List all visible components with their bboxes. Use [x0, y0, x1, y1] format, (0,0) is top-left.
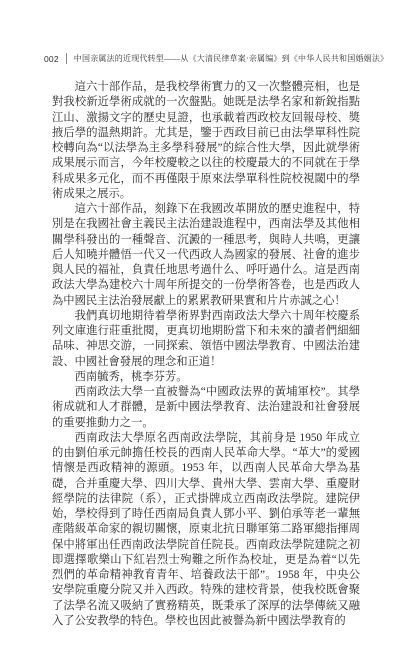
book-page: 002 中国亲属法的近现代转型——从《大清民律草案·亲属编》到《中华人民共和国婚…	[0, 0, 412, 672]
running-header: 002 中国亲属法的近现代转型——从《大清民律草案·亲属编》到《中华人民共和国婚…	[44, 53, 368, 64]
header-divider	[66, 53, 67, 64]
page-number: 002	[44, 54, 59, 64]
paragraph: 這六十部作品，是我校學術實力的又一次整體亮相，也是對我校新近學術成就的一次盤點。…	[52, 80, 360, 202]
paragraph: 西南政法大學一直被譽為“中國政法界的黃埔軍校”。其學術成就和人才群體，是新中國法…	[52, 385, 360, 431]
paragraph: 西南政法大學原名西南政法學院，其前身是 1950 年成立的由劉伯承元帥擔任校長的…	[52, 431, 360, 629]
paragraph: 西南毓秀，桃李芬芳。	[52, 370, 360, 385]
paragraph: 我們真切地期待着學術界對西南政法大學六十周年校慶系列文庫進行莊重批閱，更真切地期…	[52, 309, 360, 370]
body-text: 這六十部作品，是我校學術實力的又一次整體亮相，也是對我校新近學術成就的一次盤點。…	[52, 80, 360, 629]
header-title: 中国亲属法的近现代转型——从《大清民律草案·亲属编》到《中华人民共和国婚姻法》	[74, 54, 388, 64]
paragraph: 這六十部作品，刻錄下在我國改革開放的歷史進程中，特別是在我國社會主義民主法治建設…	[52, 202, 360, 309]
